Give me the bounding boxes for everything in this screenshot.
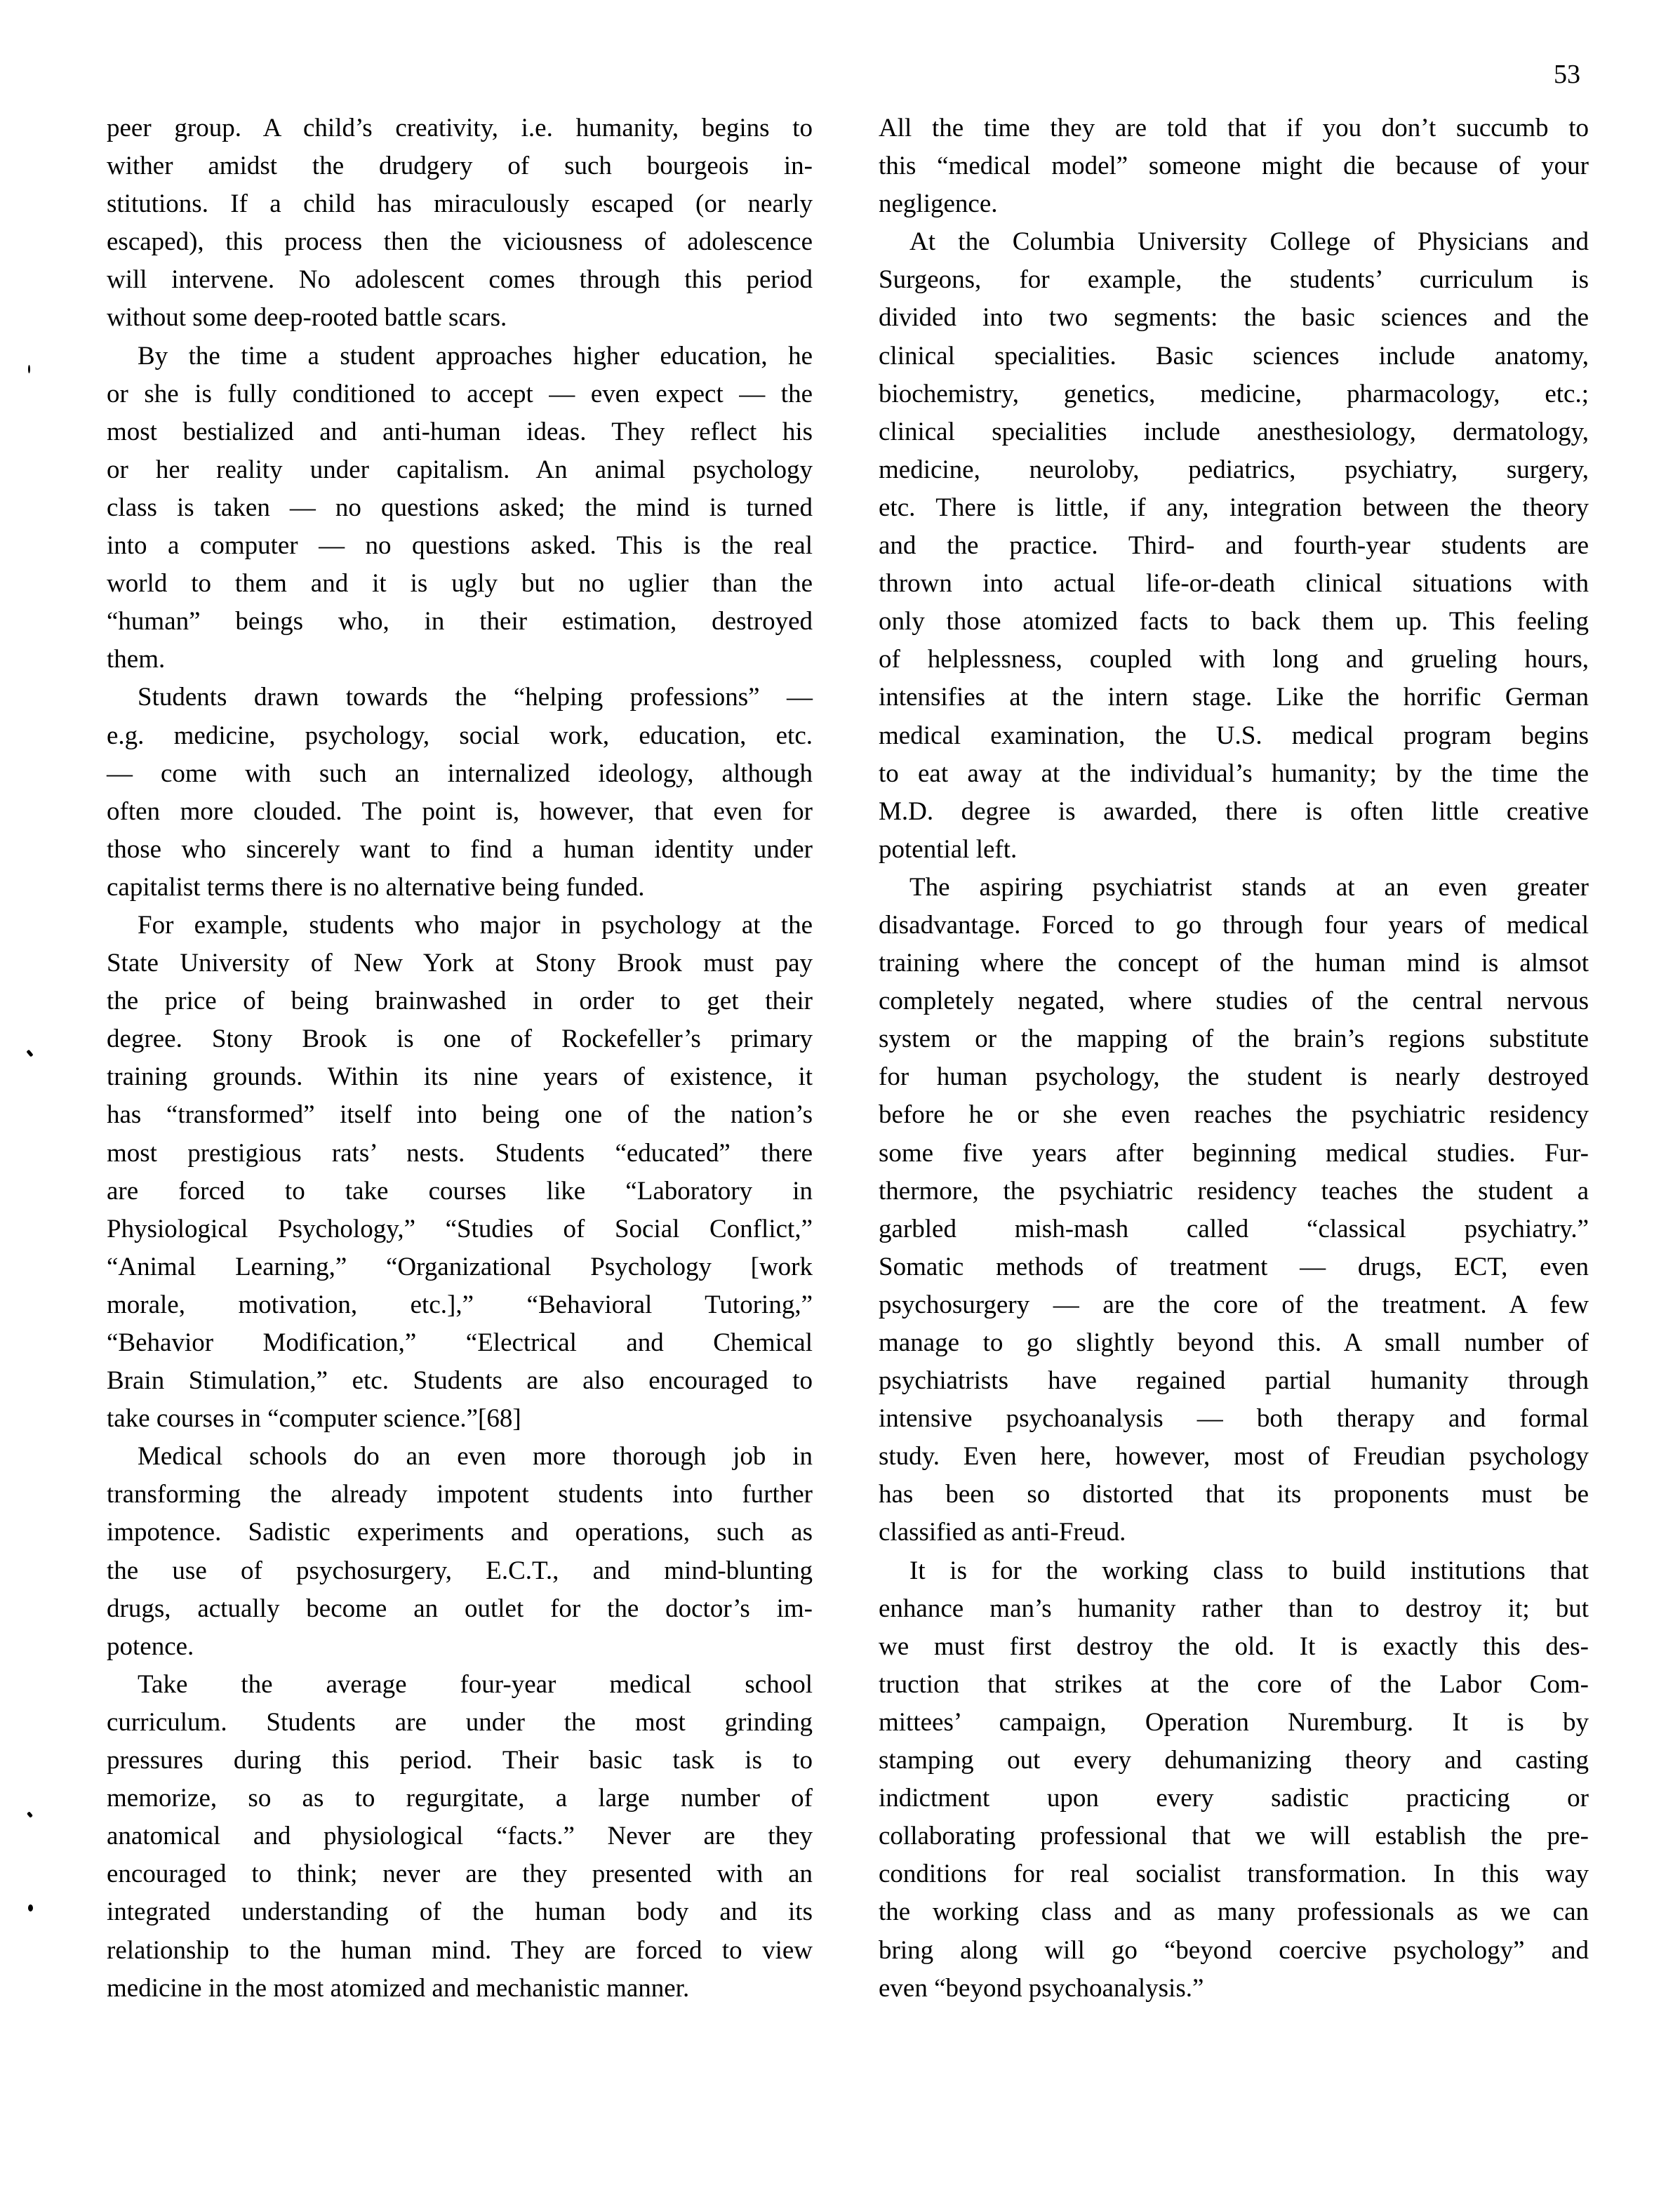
text-line: Somatic methods of treatment — drugs, EC…	[879, 1248, 1589, 1286]
text-line: capitalist terms there is no alternative…	[107, 869, 813, 907]
text-line: mittees’ campaign, Operation Nuremburg. …	[879, 1704, 1589, 1742]
text-line: manage to go slightly beyond this. A sma…	[879, 1324, 1589, 1362]
text-line: M.D. degree is awarded, there is often l…	[879, 793, 1589, 831]
text-line: intensive psychoanalysis — both therapy …	[879, 1400, 1589, 1438]
text-line: State University of New York at Stony Br…	[107, 945, 813, 982]
text-line: even “beyond psychoanalysis.”	[879, 1970, 1589, 2008]
text-line: All the time they are told that if you d…	[879, 109, 1589, 147]
text-line: divided into two segments: the basic sci…	[879, 299, 1589, 337]
paragraph: peer group. A child’s creativity, i.e. h…	[107, 109, 813, 338]
text-line: psychiatrists have regained partial huma…	[879, 1362, 1589, 1400]
text-line: For example, students who major in psych…	[107, 907, 813, 945]
text-line: integrated understanding of the human bo…	[107, 1893, 813, 1931]
text-line: Physiological Psychology,” “Studies of S…	[107, 1210, 813, 1248]
text-line: clinical specialities. Basic sciences in…	[879, 338, 1589, 375]
text-line: potential left.	[879, 831, 1589, 869]
text-line: garbled mish-mash called “classical psyc…	[879, 1210, 1589, 1248]
paragraph: For example, students who major in psych…	[107, 907, 813, 1438]
text-line: By the time a student approaches higher …	[107, 338, 813, 375]
text-line: Take the average four-year medical schoo…	[107, 1666, 813, 1704]
text-line: we must first destroy the old. It is exa…	[879, 1628, 1589, 1666]
text-line: potence.	[107, 1628, 813, 1666]
text-line: It is for the working class to build ins…	[879, 1552, 1589, 1590]
text-line: etc. There is little, if any, integratio…	[879, 489, 1589, 527]
paragraph: It is for the working class to build ins…	[879, 1552, 1589, 2008]
text-line: thermore, the psychiatric residency teac…	[879, 1173, 1589, 1210]
text-line: class is taken — no questions asked; the…	[107, 489, 813, 527]
paragraph: Take the average four-year medical schoo…	[107, 1666, 813, 2008]
left-column: peer group. A child’s creativity, i.e. h…	[107, 109, 813, 2008]
text-line: e.g. medicine, psychology, social work, …	[107, 717, 813, 755]
page-number: 53	[1554, 58, 1580, 91]
text-line: relationship to the human mind. They are…	[107, 1932, 813, 1970]
text-line: only those atomized facts to back them u…	[879, 603, 1589, 641]
paragraph: By the time a student approaches higher …	[107, 338, 813, 679]
text-line: “Behavior Modification,” “Electrical and…	[107, 1324, 813, 1362]
text-line: At the Columbia University College of Ph…	[879, 223, 1589, 261]
text-line: the use of psychosurgery, E.C.T., and mi…	[107, 1552, 813, 1590]
text-line: without some deep-rooted battle scars.	[107, 299, 813, 337]
text-line: bring along will go “beyond coercive psy…	[879, 1932, 1589, 1970]
text-line: the price of being brainwashed in order …	[107, 982, 813, 1020]
text-line: truction that strikes at the core of the…	[879, 1666, 1589, 1704]
text-line: “human” beings who, in their estimation,…	[107, 603, 813, 641]
right-column: All the time they are told that if you d…	[879, 109, 1589, 2008]
text-line: biochemistry, genetics, medicine, pharma…	[879, 375, 1589, 413]
text-line: anatomical and physiological “facts.” Ne…	[107, 1817, 813, 1855]
text-line: wither amidst the drudgery of such bourg…	[107, 147, 813, 185]
text-line: pressures during this period. Their basi…	[107, 1742, 813, 1780]
text-line: take courses in “computer science.”[68]	[107, 1400, 813, 1438]
text-line: The aspiring psychiatrist stands at an e…	[879, 869, 1589, 907]
text-line: most prestigious rats’ nests. Students “…	[107, 1135, 813, 1173]
text-line: of helplessness, coupled with long and g…	[879, 641, 1589, 679]
text-line: system or the mapping of the brain’s reg…	[879, 1020, 1589, 1058]
text-line: and the practice. Third- and fourth-year…	[879, 527, 1589, 565]
text-line: negligence.	[879, 185, 1589, 223]
paragraph: Medical schools do an even more thorough…	[107, 1438, 813, 1666]
text-line: drugs, actually become an outlet for the…	[107, 1590, 813, 1628]
scan-speck	[27, 1811, 33, 1817]
text-line: some five years after beginning medical …	[879, 1135, 1589, 1173]
scan-speck	[26, 1050, 33, 1057]
text-line: stamping out every dehumanizing theory a…	[879, 1742, 1589, 1780]
text-line: those who sincerely want to find a human…	[107, 831, 813, 869]
text-line: will intervene. No adolescent comes thro…	[107, 261, 813, 299]
text-line: degree. Stony Brook is one of Rockefelle…	[107, 1020, 813, 1058]
text-line: impotence. Sadistic experiments and oper…	[107, 1514, 813, 1552]
text-line: medicine, neuroloby, pediatrics, psychia…	[879, 451, 1589, 489]
text-line: has “transformed” itself into being one …	[107, 1096, 813, 1134]
text-line: training where the concept of the human …	[879, 945, 1589, 982]
text-line: are forced to take courses like “Laborat…	[107, 1173, 813, 1210]
text-line: study. Even here, however, most of Freud…	[879, 1438, 1589, 1476]
paragraph: All the time they are told that if you d…	[879, 109, 1589, 223]
paragraph: At the Columbia University College of Ph…	[879, 223, 1589, 869]
text-line: medical examination, the U.S. medical pr…	[879, 717, 1589, 755]
text-line: classified as anti-Freud.	[879, 1514, 1589, 1552]
text-line: indictment upon every sadistic practicin…	[879, 1780, 1589, 1817]
text-line: escaped), this process then the viciousn…	[107, 223, 813, 261]
text-line: morale, motivation, etc.],” “Behavioral …	[107, 1286, 813, 1324]
text-line: conditions for real socialist transforma…	[879, 1855, 1589, 1893]
text-line: Surgeons, for example, the students’ cur…	[879, 261, 1589, 299]
text-line: Students drawn towards the “helping prof…	[107, 679, 813, 716]
scan-speck	[28, 365, 30, 373]
text-line: to eat away at the individual’s humanity…	[879, 755, 1589, 793]
text-line: completely negated, where studies of the…	[879, 982, 1589, 1020]
text-line: or her reality under capitalism. An anim…	[107, 451, 813, 489]
scan-speck	[28, 1904, 33, 1911]
text-line: world to them and it is ugly but no ugli…	[107, 565, 813, 603]
text-line: has been so distorted that its proponent…	[879, 1476, 1589, 1514]
text-line: thrown into actual life-or-death clinica…	[879, 565, 1589, 603]
text-line: this “medical model” someone might die b…	[879, 147, 1589, 185]
text-line: — come with such an internalized ideolog…	[107, 755, 813, 793]
text-line: “Animal Learning,” “Organizational Psych…	[107, 1248, 813, 1286]
text-line: psychosurgery — are the core of the trea…	[879, 1286, 1589, 1324]
text-line: or she is fully conditioned to accept — …	[107, 375, 813, 413]
text-line: stitutions. If a child has miraculously …	[107, 185, 813, 223]
text-line: collaborating professional that we will …	[879, 1817, 1589, 1855]
paragraph: Students drawn towards the “helping prof…	[107, 679, 813, 907]
text-line: training grounds. Within its nine years …	[107, 1058, 813, 1096]
text-line: curriculum. Students are under the most …	[107, 1704, 813, 1742]
text-line: most bestialized and anti-human ideas. T…	[107, 413, 813, 451]
paragraph: The aspiring psychiatrist stands at an e…	[879, 869, 1589, 1552]
text-line: before he or she even reaches the psychi…	[879, 1096, 1589, 1134]
text-line: encouraged to think; never are they pres…	[107, 1855, 813, 1893]
text-line: often more clouded. The point is, howeve…	[107, 793, 813, 831]
text-line: disadvantage. Forced to go through four …	[879, 907, 1589, 945]
text-line: Brain Stimulation,” etc. Students are al…	[107, 1362, 813, 1400]
text-line: Medical schools do an even more thorough…	[107, 1438, 813, 1476]
text-line: peer group. A child’s creativity, i.e. h…	[107, 109, 813, 147]
text-line: transforming the already impotent studen…	[107, 1476, 813, 1514]
text-line: into a computer — no questions asked. Th…	[107, 527, 813, 565]
text-line: enhance man’s humanity rather than to de…	[879, 1590, 1589, 1628]
text-line: for human psychology, the student is nea…	[879, 1058, 1589, 1096]
text-line: the working class and as many profession…	[879, 1893, 1589, 1931]
text-line: clinical specialities include anesthesio…	[879, 413, 1589, 451]
text-line: medicine in the most atomized and mechan…	[107, 1970, 813, 2008]
text-line: them.	[107, 641, 813, 679]
text-line: intensifies at the intern stage. Like th…	[879, 679, 1589, 716]
text-line: memorize, so as to regurgitate, a large …	[107, 1780, 813, 1817]
